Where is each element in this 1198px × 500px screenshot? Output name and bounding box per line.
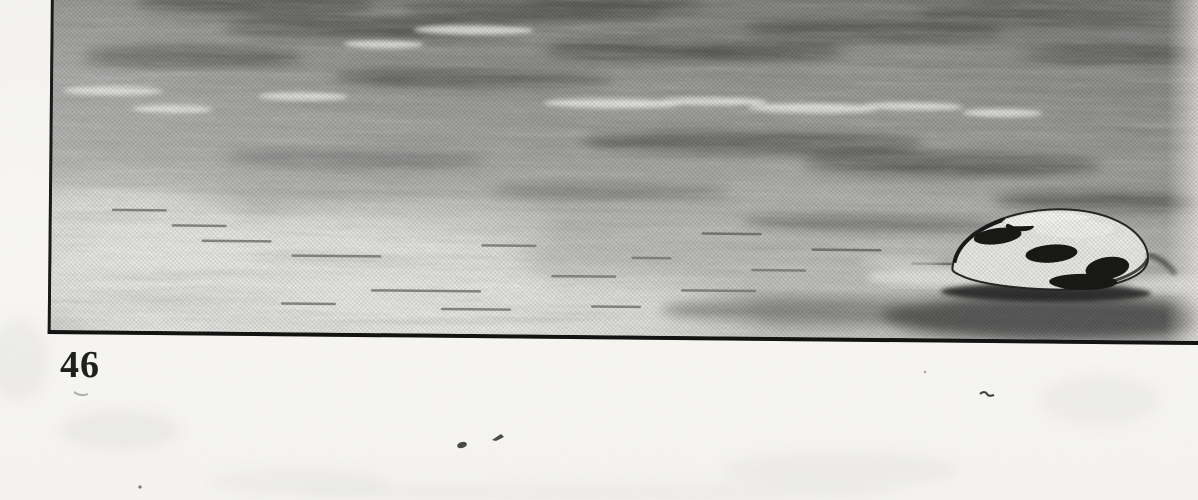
smudge-under-page-number bbox=[74, 392, 88, 395]
manga-panel bbox=[48, 0, 1198, 345]
scanned-page: 46 bbox=[0, 0, 1198, 500]
ink-specks bbox=[74, 371, 994, 489]
page-number: 46 bbox=[60, 346, 100, 384]
water-artwork bbox=[51, 0, 1198, 341]
right-edge-light-band bbox=[1165, 0, 1198, 341]
margin-squiggle bbox=[980, 392, 994, 396]
margin-smudges bbox=[0, 320, 1160, 500]
